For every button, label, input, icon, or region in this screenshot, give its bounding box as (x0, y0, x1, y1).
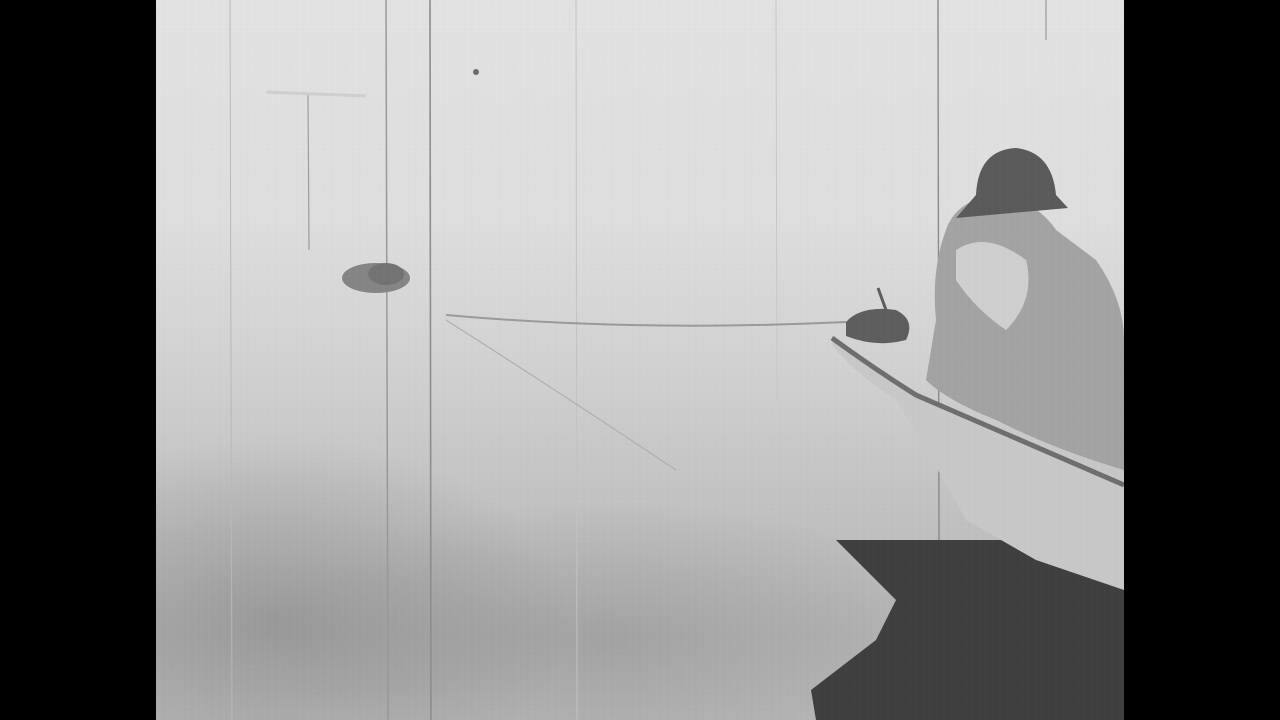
letterbox-right (1124, 0, 1280, 720)
film-frame (156, 0, 1124, 720)
letterbox-left (0, 0, 156, 720)
film-grain (156, 0, 1124, 720)
